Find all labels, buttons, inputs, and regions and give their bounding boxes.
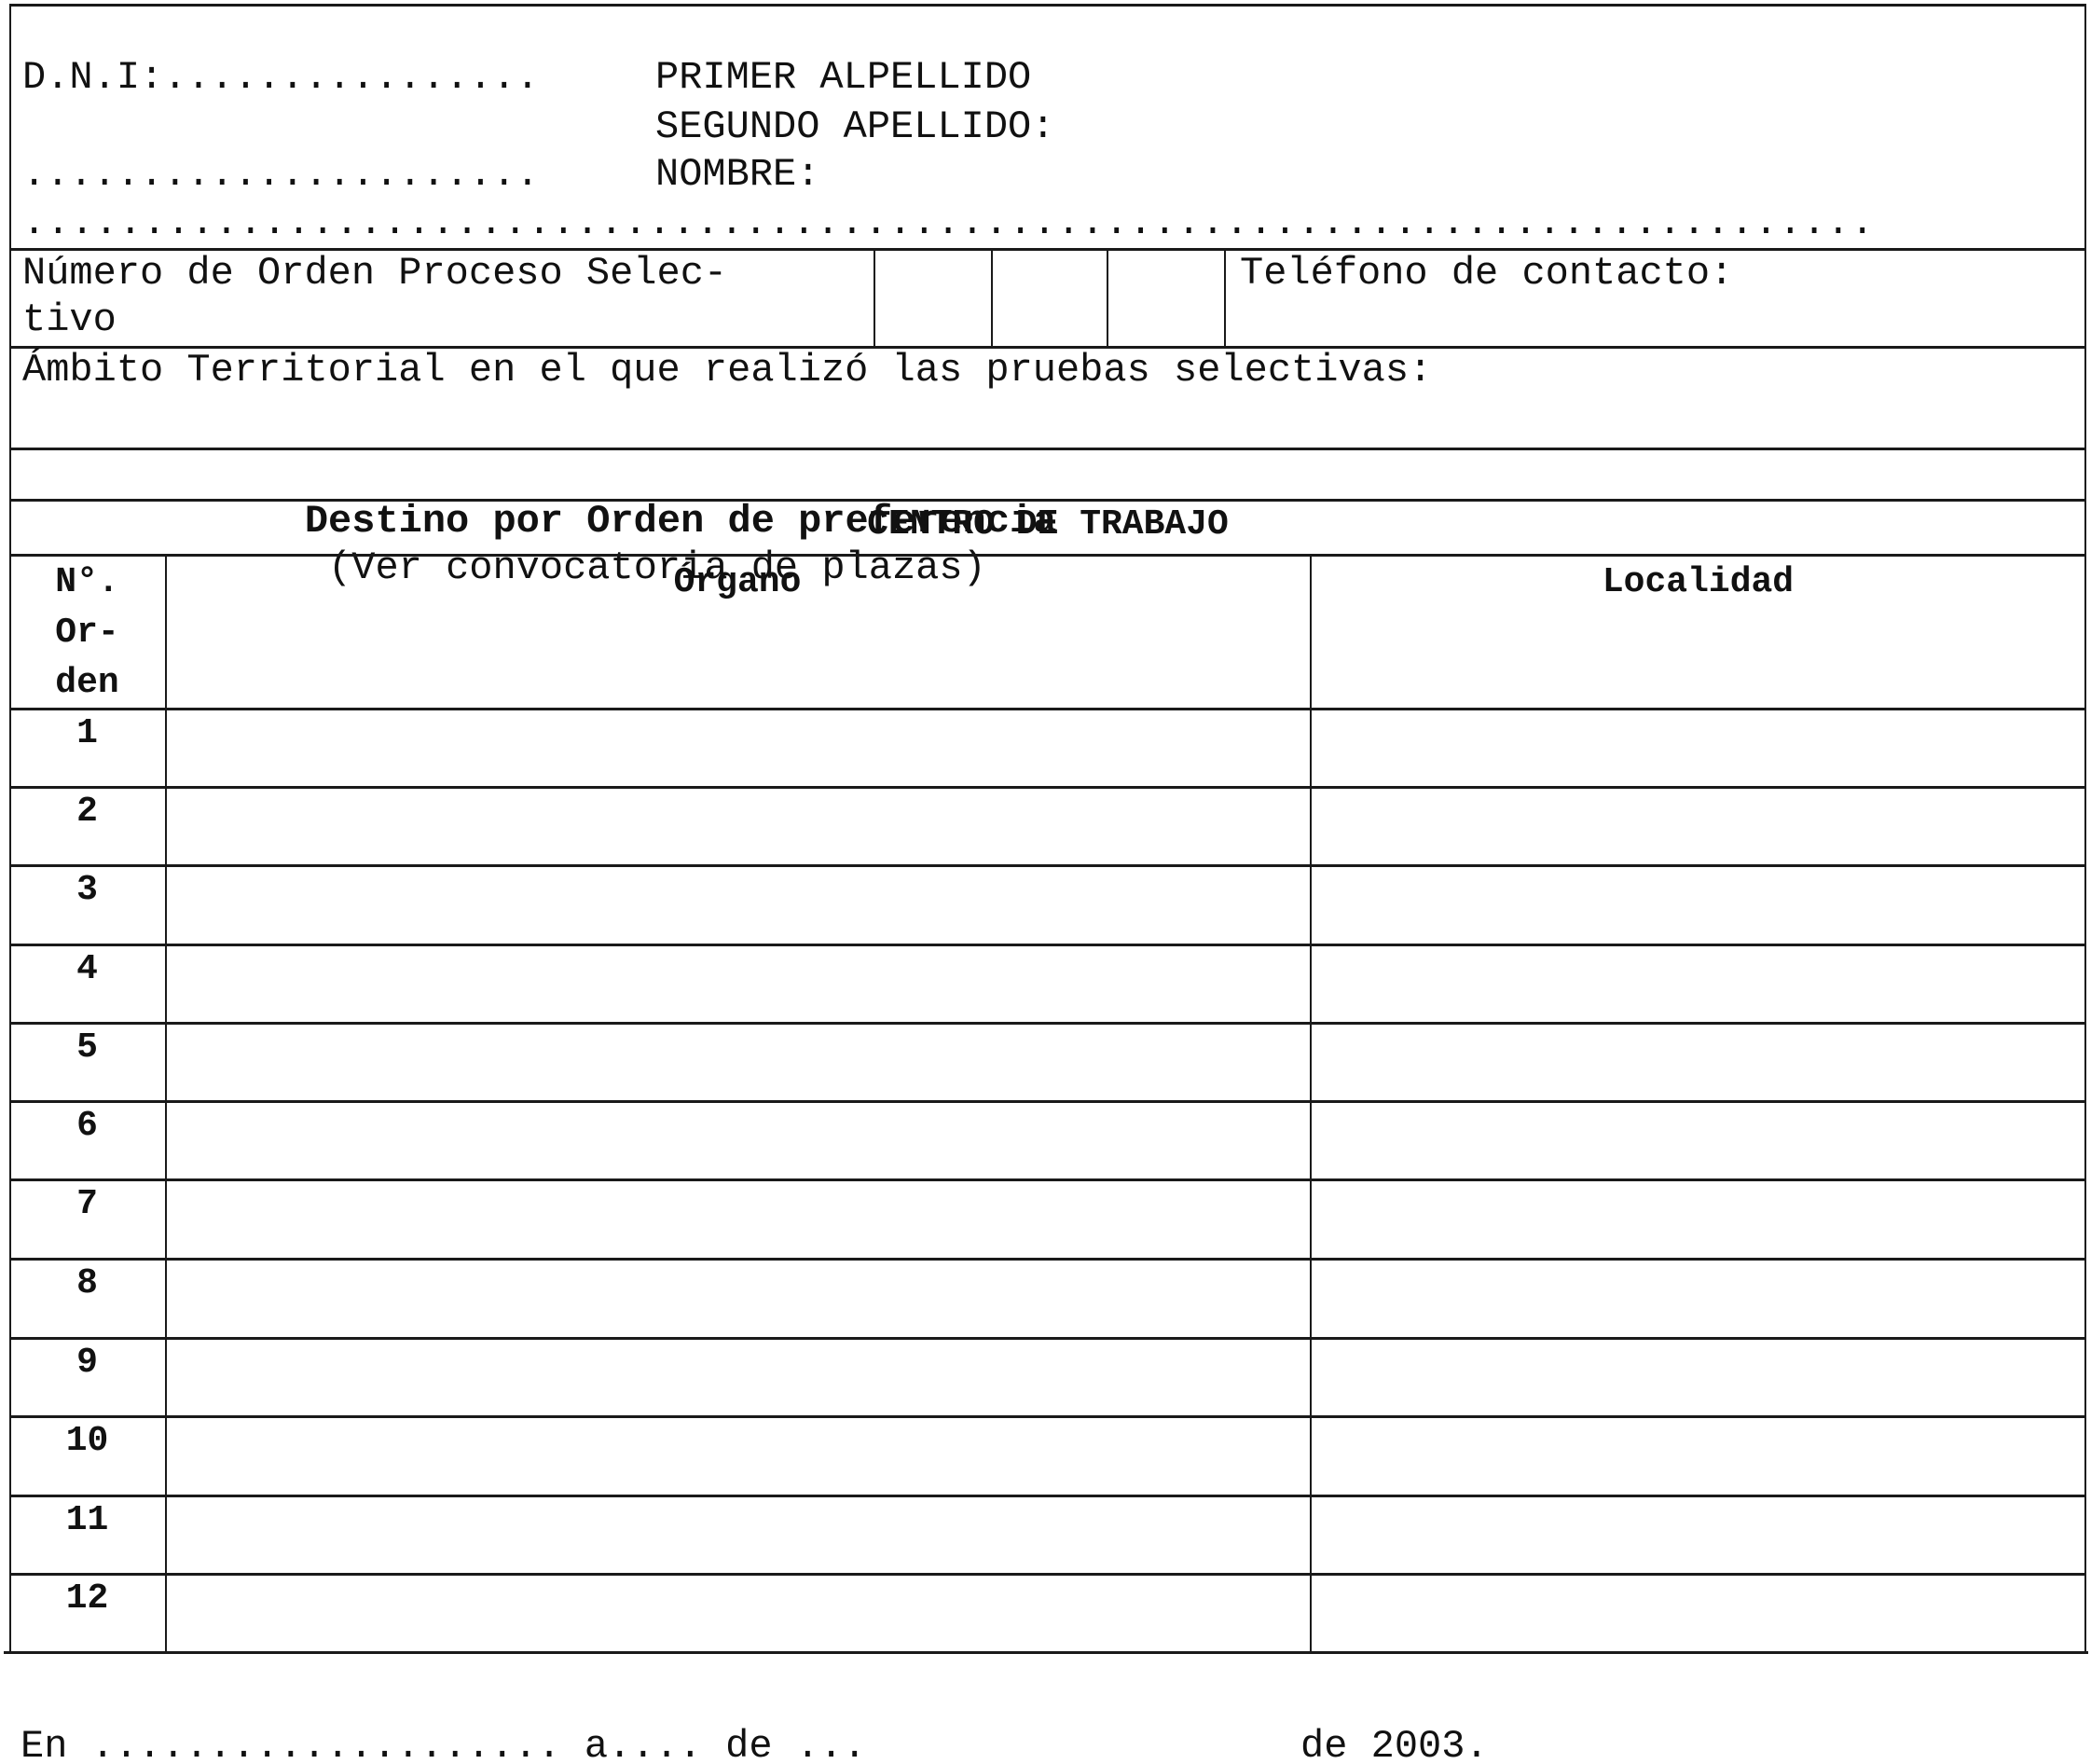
top-border bbox=[9, 4, 2086, 7]
col-orden-header-3: den bbox=[9, 658, 165, 709]
organo-field[interactable] bbox=[168, 710, 1307, 787]
primer-apellido-field[interactable] bbox=[1100, 54, 2070, 101]
table-row: 9 bbox=[9, 1340, 2086, 1416]
organo-field[interactable] bbox=[168, 789, 1307, 865]
table-row: 3 bbox=[9, 867, 2086, 944]
segundo-apellido-field[interactable] bbox=[1128, 103, 2070, 150]
proceso-label-line1: Número de Orden Proceso Selec- bbox=[22, 250, 727, 296]
localidad-field[interactable] bbox=[1313, 1181, 2083, 1258]
row-number: 9 bbox=[9, 1340, 165, 1386]
organo-field[interactable] bbox=[168, 1261, 1307, 1337]
col-localidad-header: Localidad bbox=[1310, 558, 2086, 608]
organo-field[interactable] bbox=[168, 1103, 1307, 1179]
dots-line: ...................... bbox=[22, 151, 540, 198]
row-number: 3 bbox=[9, 867, 165, 914]
row-number: 12 bbox=[9, 1576, 165, 1622]
localidad-field[interactable] bbox=[1313, 1261, 2083, 1337]
localidad-field[interactable] bbox=[1313, 1576, 2083, 1652]
organo-field[interactable] bbox=[168, 1340, 1307, 1416]
table-row: 8 bbox=[9, 1261, 2086, 1337]
proceso-digit-2[interactable] bbox=[993, 251, 1105, 346]
year-text: de 2003. bbox=[1300, 1723, 1489, 1764]
table-row: 5 bbox=[9, 1025, 2086, 1101]
organo-field[interactable] bbox=[168, 1418, 1307, 1495]
centro-trabajo-header: CENTRO DE TRABAJO bbox=[9, 502, 2086, 548]
day-field[interactable] bbox=[708, 1723, 802, 1764]
table-row: 7 bbox=[9, 1181, 2086, 1258]
proceso-digit-1[interactable] bbox=[875, 251, 989, 346]
organo-field[interactable] bbox=[168, 1181, 1307, 1258]
col-organo-header: Órgano bbox=[165, 558, 1310, 608]
localidad-field[interactable] bbox=[1313, 946, 2083, 1023]
telefono-label: Teléfono de contacto: bbox=[1240, 250, 1733, 296]
row-number: 8 bbox=[9, 1261, 165, 1307]
organo-field[interactable] bbox=[168, 946, 1307, 1023]
localidad-field[interactable] bbox=[1313, 1418, 2083, 1495]
row-number: 1 bbox=[9, 710, 165, 757]
organo-field[interactable] bbox=[168, 1576, 1307, 1652]
table-row: 10 bbox=[9, 1418, 2086, 1495]
nombre-field[interactable] bbox=[848, 151, 2070, 198]
table-bottom-border bbox=[4, 1651, 2088, 1654]
table-row: 11 bbox=[9, 1497, 2086, 1574]
table-row: 1 bbox=[9, 710, 2086, 787]
localidad-field[interactable] bbox=[1313, 1497, 2083, 1574]
table-row: 4 bbox=[9, 946, 2086, 1023]
col-orden-header-1: N°. bbox=[9, 558, 165, 608]
proceso-divider-4 bbox=[1224, 248, 1226, 347]
segundo-apellido-label: SEGUNDO APELLIDO: bbox=[655, 103, 1054, 150]
table-row: 2 bbox=[9, 789, 2086, 865]
organo-field[interactable] bbox=[168, 867, 1307, 944]
proceso-digit-3[interactable] bbox=[1108, 251, 1222, 346]
row-number: 6 bbox=[9, 1103, 165, 1150]
row-number: 4 bbox=[9, 946, 165, 993]
place-field[interactable] bbox=[103, 1723, 662, 1764]
nombre-label: NOMBRE: bbox=[655, 151, 819, 198]
table-row: 6 bbox=[9, 1103, 2086, 1179]
ambito-label: Ámbito Territorial en el que realizó las… bbox=[22, 347, 1432, 393]
row-number: 5 bbox=[9, 1025, 165, 1071]
telefono-field[interactable] bbox=[1240, 296, 2079, 343]
proceso-label-line2: tivo bbox=[22, 296, 117, 343]
organo-field[interactable] bbox=[168, 1025, 1307, 1101]
ambito-field[interactable] bbox=[22, 395, 2073, 446]
table-row: 12 bbox=[9, 1576, 2086, 1652]
localidad-field[interactable] bbox=[1313, 710, 2083, 787]
ambito-divider bbox=[9, 448, 2086, 450]
organo-field[interactable] bbox=[168, 1497, 1307, 1574]
col-orden-header-2: Or- bbox=[9, 608, 165, 658]
row-number: 10 bbox=[9, 1418, 165, 1465]
centro-divider bbox=[9, 554, 2086, 557]
localidad-field[interactable] bbox=[1313, 1025, 2083, 1101]
localidad-field[interactable] bbox=[1313, 1340, 2083, 1416]
dots-full-line: ........................................… bbox=[22, 200, 1875, 246]
row-number: 11 bbox=[9, 1497, 165, 1544]
localidad-field[interactable] bbox=[1313, 867, 2083, 944]
row-number: 7 bbox=[9, 1181, 165, 1228]
row-number: 2 bbox=[9, 789, 165, 835]
dni-field[interactable] bbox=[186, 54, 653, 101]
localidad-field[interactable] bbox=[1313, 789, 2083, 865]
month-field[interactable] bbox=[932, 1723, 1286, 1764]
localidad-field[interactable] bbox=[1313, 1103, 2083, 1179]
primer-apellido-label: PRIMER ALPELLIDO bbox=[655, 54, 1031, 101]
